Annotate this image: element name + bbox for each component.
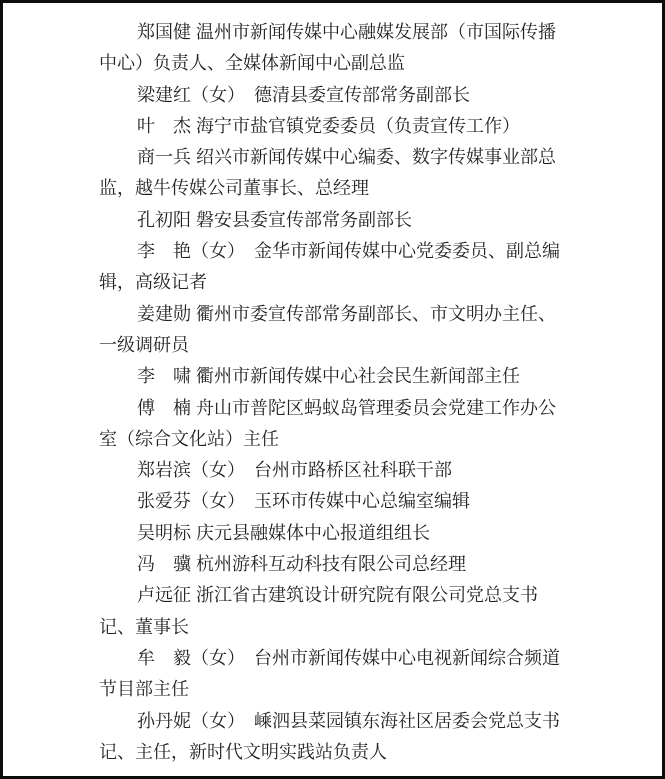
entry-line: 监，越牛传媒公司董事长、总经理 [99,173,577,204]
entry-line: 记、主任，新时代文明实践站负责人 [99,737,577,768]
entry-line: 傅 楠 舟山市普陀区蚂蚁岛管理委员会党建工作办公 [99,393,577,424]
entry-line: 叶 杰 海宁市盐官镇党委委员（负责宣传工作） [99,111,577,142]
entry-line: 一级调研员 [99,330,577,361]
list-item: 商一兵 绍兴市新闻传媒中心编委、数字传媒事业部总 监，越牛传媒公司董事长、总经理 [99,142,577,205]
list-item: 吴明标 庆元县融媒体中心报道组组长 [99,518,577,549]
entry-line: 姜建勋 衢州市委宣传部常务副部长、市文明办主任、 [99,299,577,330]
entry-line: 吴明标 庆元县融媒体中心报道组组长 [99,518,577,549]
entry-line: 记、董事长 [99,612,577,643]
list-item: 冯 骥 杭州游科互动科技有限公司总经理 [99,549,577,580]
entry-line: 张爱芬（女） 玉环市传媒中心总编室编辑 [99,486,577,517]
entry-line: 节目部主任 [99,674,577,705]
list-item: 郑岩滨（女） 台州市路桥区社科联干部 [99,455,577,486]
list-item: 张爱芬（女） 玉环市传媒中心总编室编辑 [99,486,577,517]
entry-line: 室（综合文化站）主任 [99,424,577,455]
list-item: 李 啸 衢州市新闻传媒中心社会民生新闻部主任 [99,361,577,392]
entry-line: 辑，高级记者 [99,267,577,298]
list-item: 李 艳（女） 金华市新闻传媒中心党委委员、副总编 辑，高级记者 [99,236,577,299]
list-item: 孙丹妮（女） 嵊泗县菜园镇东海社区居委会党总支书 记、主任，新时代文明实践站负责… [99,706,577,769]
entry-line: 梁建红（女） 德清县委宣传部常务副部长 [99,80,577,111]
entry-line: 孙丹妮（女） 嵊泗县菜园镇东海社区居委会党总支书 [99,706,577,737]
list-item: 卢远征 浙江省古建筑设计研究院有限公司党总支书 记、董事长 [99,580,577,643]
entry-line: 李 啸 衢州市新闻传媒中心社会民生新闻部主任 [99,361,577,392]
list-item: 孔初阳 磐安县委宣传部常务副部长 [99,205,577,236]
list-item: 傅 楠 舟山市普陀区蚂蚁岛管理委员会党建工作办公 室（综合文化站）主任 [99,393,577,456]
awards-name-list: 郑国健 温州市新闻传媒中心融媒发展部（市国际传播 中心）负责人、全媒体新闻中心副… [99,17,577,768]
entry-line: 商一兵 绍兴市新闻传媒中心编委、数字传媒事业部总 [99,142,577,173]
entry-line: 孔初阳 磐安县委宣传部常务副部长 [99,205,577,236]
document-page: { "style": { "page_background": "#ffffff… [0,0,665,779]
list-item: 牟 毅（女） 台州市新闻传媒中心电视新闻综合频道 节目部主任 [99,643,577,706]
entry-line: 牟 毅（女） 台州市新闻传媒中心电视新闻综合频道 [99,643,577,674]
entry-line: 李 艳（女） 金华市新闻传媒中心党委委员、副总编 [99,236,577,267]
list-item: 郑国健 温州市新闻传媒中心融媒发展部（市国际传播 中心）负责人、全媒体新闻中心副… [99,17,577,80]
entry-line: 郑岩滨（女） 台州市路桥区社科联干部 [99,455,577,486]
list-item: 叶 杰 海宁市盐官镇党委委员（负责宣传工作） [99,111,577,142]
list-item: 梁建红（女） 德清县委宣传部常务副部长 [99,80,577,111]
entry-line: 卢远征 浙江省古建筑设计研究院有限公司党总支书 [99,580,577,611]
list-item: 姜建勋 衢州市委宣传部常务副部长、市文明办主任、 一级调研员 [99,299,577,362]
entry-line: 冯 骥 杭州游科互动科技有限公司总经理 [99,549,577,580]
entry-line: 中心）负责人、全媒体新闻中心副总监 [99,48,577,79]
entry-line: 郑国健 温州市新闻传媒中心融媒发展部（市国际传播 [99,17,577,48]
